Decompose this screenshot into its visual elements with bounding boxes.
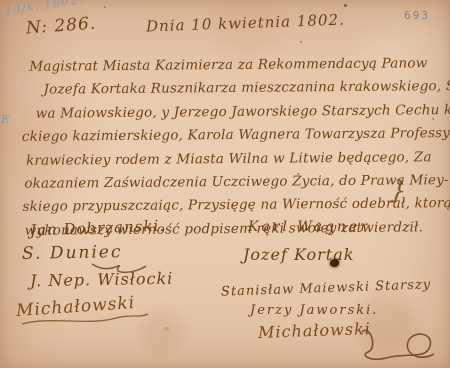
date-line: Dnia 10 kwietnia 1802.: [146, 11, 345, 36]
archive-page-number: 693: [404, 9, 430, 22]
signature-michalowski-right: Michałowski: [258, 319, 371, 342]
signature-stanislaw-maiewski: Stanisław Maiewski Starszy: [221, 277, 432, 299]
signature-flourish-duniec: [90, 258, 150, 278]
manuscript-body: Magistrat Miasta Kazimierza za Rekommend…: [21, 52, 441, 243]
manuscript-line: Jozefa Kortaka Rusznikarza mieszczanina …: [43, 76, 439, 103]
margin-mark: E: [1, 113, 9, 126]
signature-karl-wagner: Karl Wagner: [248, 219, 370, 235]
signature-flourish-michalowski: [360, 322, 440, 364]
manuscript-line: Magistrat Miasta Kazimierza za Rekommend…: [29, 52, 439, 79]
paper-speck: [432, 118, 434, 120]
paper-stain: [164, 327, 169, 331]
manuscript-line: wa Maiowskiego, y Jerzego Jaworskiego St…: [36, 99, 440, 126]
paper-speck: [300, 41, 302, 43]
record-number: N: 286.: [25, 14, 96, 39]
manuscript-scan: 1d/k. 1802. 693 N: 286. Dnia 10 kwietnia…: [0, 0, 450, 368]
signature-jerzy-jaworski: Jerzy Jaworski.: [250, 303, 378, 318]
manuscript-line: ckiego kazimierskiego, Karola Wagnera To…: [22, 122, 440, 149]
closing-flourish: }: [388, 175, 408, 207]
paper-speck: [104, 6, 106, 8]
signature-flourish-left: [20, 312, 150, 328]
ink-blot: [330, 259, 339, 267]
manuscript-line: skiego przypuszczaiąc, Przysięgę na Wier…: [22, 193, 440, 220]
paper-speck: [344, 4, 347, 7]
